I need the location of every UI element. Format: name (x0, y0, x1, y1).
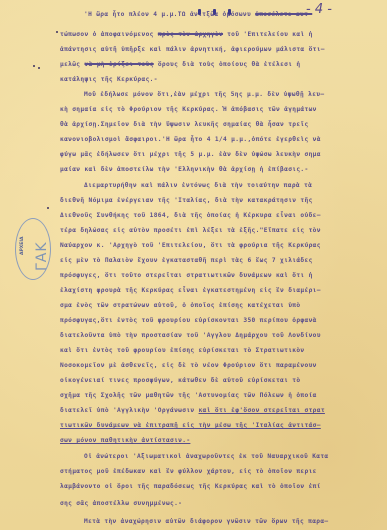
text-line: λαμβάνοντο οἱ ὅροι τῆς παραδόσεως τῆς Κε… (60, 483, 321, 491)
text-line: σης σᾶς ἀποστέλλω συνημμένως.- (60, 500, 182, 508)
ink-speck (56, 31, 58, 33)
text-line: διατελεῖ ὑπὸ 'Αγγλικὴν 'Οργάνωσιν καὶ ὅτ… (60, 407, 325, 415)
archive-stamp: ΑΡΧΕΙΑ ΓΑΚ (15, 218, 51, 280)
line-text: εἰς μὲν τὸ Παλαιὸν ἔχουν ἐγκατασταθῆ περ… (60, 257, 313, 264)
text-line: 'Η ὥρα ἦτο πλέον 4 μ.μ.ΤΩ ἀνιτξῶα ὁμόσων… (84, 11, 312, 19)
line-text: ἀπάντησις αὐτῆ ὑπῆρξε καὶ πάλιν ἀρνητική… (60, 46, 325, 53)
text-line: κὴ σημαία εἰς τὸ Φρούριον τῆς Κερκύρας. … (60, 106, 317, 114)
text-line: θὰ ἀρχίσῃ.Σημεῖον διὰ τὴν ὕψωσιν λευκῆς … (60, 121, 309, 129)
line-text: διατελεῖ ὑπὸ 'Αγγλικὴν 'Οργάνωσιν (60, 407, 194, 414)
struck-text: νὰ μὴ ὁρίζει τοὺς (84, 61, 153, 68)
text-line: σμα ἑνὸς τῶν στρατώνων αὐτοῦ, ὁ ὁποῖος ἐ… (60, 302, 300, 310)
line-text: Ναύαρχον κ. 'Αρχηγὸ τοῦ 'Επιτελείου, ὅτι… (60, 242, 321, 249)
text-line: πρόσφυγες, ὅτι τοῦτο στερεῖται στρατιωτι… (60, 272, 313, 280)
line-text: Διεμαρτυρήθην καὶ πάλιν ἐντόνως διὰ τὴν … (84, 182, 312, 189)
line-text: κανονιοβολισμοὶ ἄσφαιροι.'Η ὥρα ἦτο 4 1/… (60, 136, 321, 143)
struck-text: ἀποσέλετο αυτ— (255, 11, 312, 18)
line-text: φύγω μᾶς ἐδήλωσεν ὅτι μέχρι τῆς 5 μ.μ. ἐ… (60, 151, 321, 158)
line-text: σμα ἑνὸς τῶν στρατώνων αὐτοῦ, ὁ ὁποῖος ἐ… (60, 302, 300, 309)
line-text: κὴ σημαία εἰς τὸ Φρούριον τῆς Κερκύρας. … (60, 106, 317, 113)
struck-text: πρὸς τὸν ἀρχηγὸν (158, 31, 223, 38)
line-text: πρόσφυγας,ὅτι ἐντὸς τοῦ φρουρίου εὑρίσκο… (60, 317, 317, 324)
stamp-ring-text: ΑΡΧΕΙΑ (20, 237, 25, 255)
text-line: Ναύαρχον κ. 'Αρχηγὸ τοῦ 'Επιτελείου, ὅτι… (60, 242, 321, 250)
ink-speck (33, 65, 35, 67)
line-text: μελῶς (60, 61, 80, 68)
ink-speck (38, 67, 40, 69)
text-line: μαίαν καὶ δὲν ἀποστείλω τὴν 'Ελληνικὴν θ… (60, 166, 309, 174)
ink-speck (47, 207, 49, 209)
text-line: τώπωσον ὁ ἀποφαινόμενος πρὸς τὸν ἀρχηγὸν… (60, 31, 313, 39)
line-text: τέρα δηλώσας εἰς αὐτὸν προσέτι ἐπὶ λέξει… (60, 227, 321, 234)
line-text: 'Η ὥρα ἦτο πλέον 4 μ.μ.ΤΩ ἀνιτξῶα ὁμόσων… (84, 11, 251, 18)
line-text: κατάληψις τῆς Κερκύρας.- (60, 76, 158, 83)
text-line: φύγω μᾶς ἐδήλωσεν ὅτι μέχρι τῆς 5 μ.μ. ἐ… (60, 151, 321, 159)
line-text-continued: ὅρους διὰ τοὺς ὁποίους θὰ ἐτέλεσι ἡ (158, 61, 301, 68)
underlined-text: καὶ ὅτι ἐφ'ὅσον στερεῖται στρατ (199, 407, 325, 414)
line-text: καὶ ὅτι ἐντὸς τοῦ φρουρίου ἐπίσης εὑρίσκ… (60, 347, 305, 354)
text-line: ἀπάντησις αὐτῆ ὑπῆρξε καὶ πάλιν ἀρνητική… (60, 46, 325, 54)
text-line: Διεθνοῦς Συνθήκης τοῦ 1864, διὰ τῆς ὁποί… (60, 212, 321, 220)
line-text: λαμβάνοντο οἱ ὅροι τῆς παραδόσεως τῆς Κε… (60, 483, 321, 490)
line-text: διεθνῆ Νόμιμα ἐνέργειαν τῆς 'Ιταλίας, δι… (60, 197, 313, 204)
text-line: τέρα δηλώσας εἰς αὐτὸν προσέτι ἐπὶ λέξει… (60, 227, 321, 235)
text-line: διεθνῆ Νόμιμα ἐνέργειαν τῆς 'Ιταλίας, δι… (60, 197, 313, 205)
line-text: θὰ ἀρχίσῃ.Σημεῖον διὰ τὴν ὕψωσιν λευκῆς … (60, 121, 309, 128)
text-line: μελῶς νὰ μὴ ὁρίζει τοὺς ὅρους διὰ τοὺς ὁ… (60, 61, 300, 69)
line-text: Μετὰ τὴν ἀναχώρησιν αὐτῶν διάφορον γνῶσι… (84, 518, 329, 525)
line-text: πρόσφυγες, ὅτι τοῦτο στερεῖται στρατιωτι… (60, 272, 313, 279)
text-line: πρόσφυγας,ὅτι ἐντὸς τοῦ φρουρίου εὑρίσκο… (60, 317, 317, 325)
document-page: - 4 - ΑΡΧΕΙΑ ΓΑΚ 'Η ὥρα ἦτο πλέον 4 μ.μ.… (0, 0, 387, 530)
text-line: σχῆμα τῆς Σχολῆς τῶν μαθητῶν τῆς 'Αστυνο… (60, 392, 317, 400)
line-text: τώπωσον ὁ ἀποφαινόμενος (60, 31, 154, 38)
text-line: εἰς μὲν τὸ Παλαιὸν ἔχουν ἐγκατασταθῆ περ… (60, 257, 313, 265)
text-line: Μετὰ τὴν ἀναχώρησιν αὐτῶν διάφορον γνῶσι… (84, 518, 329, 526)
line-text: ἐλαχίστη φρουρὰ τῆς Κερκύρας εἶναι ἐγκατ… (60, 287, 321, 294)
line-text-continued: τοῦ 'Επιτελείου καὶ ἡ (227, 31, 313, 38)
stamp-label: ΓΑΚ (34, 217, 50, 271)
text-line: κανονιοβολισμοὶ ἄσφαιροι.'Η ὥρα ἦτο 4 1/… (60, 136, 321, 144)
text-line: στήματος μοῦ ἐπέδωκαν καὶ ἓν φύλλον χάρτ… (60, 468, 317, 476)
text-line: Διεμαρτυρήθην καὶ πάλιν ἐντόνως διὰ τὴν … (84, 182, 312, 190)
text-line: οἰκογένειαί τινες προσφύγων, κάτωθεν δὲ … (60, 377, 300, 385)
line-text: Οἱ ἀνώτεροι 'Αξιωματικοὶ ἀναχωροῦντες ἐκ… (84, 453, 329, 460)
line-text: Διεθνοῦς Συνθήκης τοῦ 1864, διὰ τῆς ὁποί… (60, 212, 321, 219)
line-text: Νοσοκομεῖον μὲ ἀσθενεῖς, εἰς δὲ τὸ νέον … (60, 362, 317, 369)
text-line: Οἱ ἀνώτεροι 'Αξιωματικοὶ ἀναχωροῦντες ἐκ… (84, 453, 329, 461)
line-text: σης σᾶς ἀποστέλλω συνημμένως.- (60, 500, 182, 507)
line-text: στήματος μοῦ ἐπέδωκαν καὶ ἓν φύλλον χάρτ… (60, 468, 317, 475)
underlined-text: τιωτικῶν δυνάμεων νὰ ἐπιτραπῇ εἰς τὴν μέ… (60, 422, 321, 429)
line-text: Μοῦ ἐδήλωσε μόνον ὅτι,ἐὰν μέχρι τῆς 5ης … (84, 91, 324, 98)
line-text: διατελοῦντα ὑπὸ τὴν προστασίαν τοῦ 'Αγγλ… (60, 332, 321, 339)
text-line: καὶ ὅτι ἐντὸς τοῦ φρουρίου ἐπίσης εὑρίσκ… (60, 347, 305, 355)
underlined-text: σων μόνον παθητικὴν ἀντίστασιν.- (60, 437, 190, 444)
text-line: τιωτικῶν δυνάμεων νὰ ἐπιτραπῇ εἰς τὴν μέ… (60, 422, 321, 430)
text-line: Νοσοκομεῖον μὲ ἀσθενεῖς, εἰς δὲ τὸ νέον … (60, 362, 317, 370)
text-line: σων μόνον παθητικὴν ἀντίστασιν.- (60, 437, 190, 445)
text-line: διατελοῦντα ὑπὸ τὴν προστασίαν τοῦ 'Αγγλ… (60, 332, 321, 340)
text-line: κατάληψις τῆς Κερκύρας.- (60, 76, 158, 84)
text-line: ἐλαχίστη φρουρὰ τῆς Κερκύρας εἶναι ἐγκατ… (60, 287, 321, 295)
text-line: Μοῦ ἐδήλωσε μόνον ὅτι,ἐὰν μέχρι τῆς 5ης … (84, 91, 324, 99)
line-text: οἰκογένειαί τινες προσφύγων, κάτωθεν δὲ … (60, 377, 300, 384)
line-text: σχῆμα τῆς Σχολῆς τῶν μαθητῶν τῆς 'Αστυνο… (60, 392, 317, 399)
line-text: μαίαν καὶ δὲν ἀποστείλω τὴν 'Ελληνικὴν θ… (60, 166, 309, 173)
